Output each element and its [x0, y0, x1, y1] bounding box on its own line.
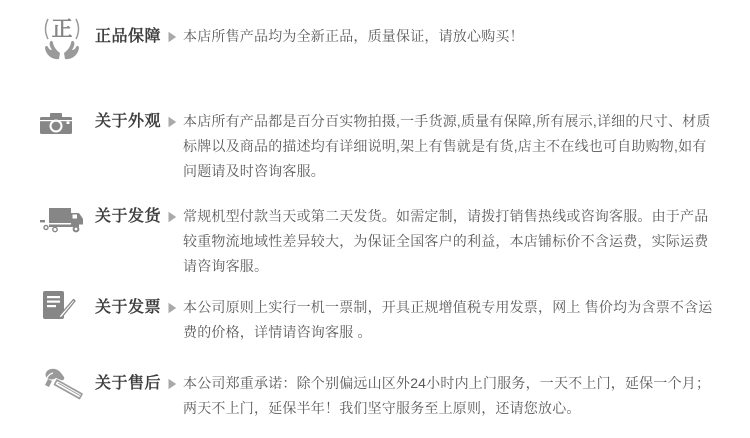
section-row-invoice: 关于发票 本公司原则上实行一机一票制，开具正规增值税专用发票，网上 售价均为含票… [0, 295, 750, 345]
section-title-text: 关于发货 [95, 204, 161, 229]
invoice-pen-icon [40, 295, 95, 322]
section-body-text: 常规机型付款当天或第二天发货。如需定制，请拨打销售热线或咨询客服。由于产品较重物… [183, 204, 714, 279]
section-body-text: 本公司原则上实行一机一票制，开具正规增值税专用发票，网上 售价均为含票不含运费的… [183, 295, 714, 345]
section-row-aftersales: 关于售后 本公司郑重承诺：除个别偏远山区外24小时内上门服务，一天不上门，延保一… [0, 371, 750, 421]
section-row-genuine-guarantee: 正 正品保障 本店所售产品均为全新正品，质量保证，请放心购买！ [0, 24, 750, 61]
section-title-invoice: 关于发票 [95, 295, 183, 320]
section-title-genuine: 正品保障 [95, 24, 183, 49]
camera-icon [40, 109, 95, 136]
hands-presenting-genuine-icon: 正 [40, 24, 95, 61]
section-row-shipping: 关于发货 常规机型付款当天或第二天发货。如需定制，请拨打销售热线或咨询客服。由于… [0, 204, 750, 279]
section-body-aftersales: 本公司郑重承诺：除个别偏远山区外24小时内上门服务，一天不上门，延保一个月；两天… [183, 371, 714, 421]
arrow-right-icon [168, 302, 177, 314]
section-title-text: 关于发票 [95, 295, 161, 320]
product-service-info-panel: 正 正品保障 本店所售产品均为全新正品，质量保证，请放心购买！ [0, 0, 750, 438]
section-title-aftersales: 关于售后 [95, 371, 183, 396]
section-title-text: 正品保障 [95, 24, 161, 49]
arrow-right-icon [168, 31, 177, 43]
section-body-text: 本店所售产品均为全新正品，质量保证，请放心购买！ [183, 24, 714, 49]
hammer-icon [40, 371, 95, 405]
arrow-right-icon [168, 211, 177, 223]
section-body-text: 本公司郑重承诺：除个别偏远山区外24小时内上门服务，一天不上门，延保一个月；两天… [183, 371, 714, 421]
section-title-text: 关于售后 [95, 371, 161, 396]
section-title-appearance: 关于外观 [95, 109, 183, 134]
section-body-genuine: 本店所售产品均为全新正品，质量保证，请放心购买！ [183, 24, 714, 49]
delivery-truck-icon [40, 204, 95, 235]
section-row-appearance: 关于外观 本店所有产品都是百分百实物拍摄,一手货源,质量有保障,所有展示,详细的… [0, 109, 750, 184]
section-body-invoice: 本公司原则上实行一机一票制，开具正规增值税专用发票，网上 售价均为含票不含运费的… [183, 295, 714, 345]
arrow-right-icon [168, 116, 177, 128]
arrow-right-icon [168, 378, 177, 390]
section-body-text: 本店所有产品都是百分百实物拍摄,一手货源,质量有保障,所有展示,详细的尺寸、材质… [183, 109, 714, 184]
section-body-shipping: 常规机型付款当天或第二天发货。如需定制，请拨打销售热线或咨询客服。由于产品较重物… [183, 204, 714, 279]
section-title-text: 关于外观 [95, 109, 161, 134]
section-body-appearance: 本店所有产品都是百分百实物拍摄,一手货源,质量有保障,所有展示,详细的尺寸、材质… [183, 109, 714, 184]
section-title-shipping: 关于发货 [95, 204, 183, 229]
svg-text:正: 正 [52, 18, 73, 41]
